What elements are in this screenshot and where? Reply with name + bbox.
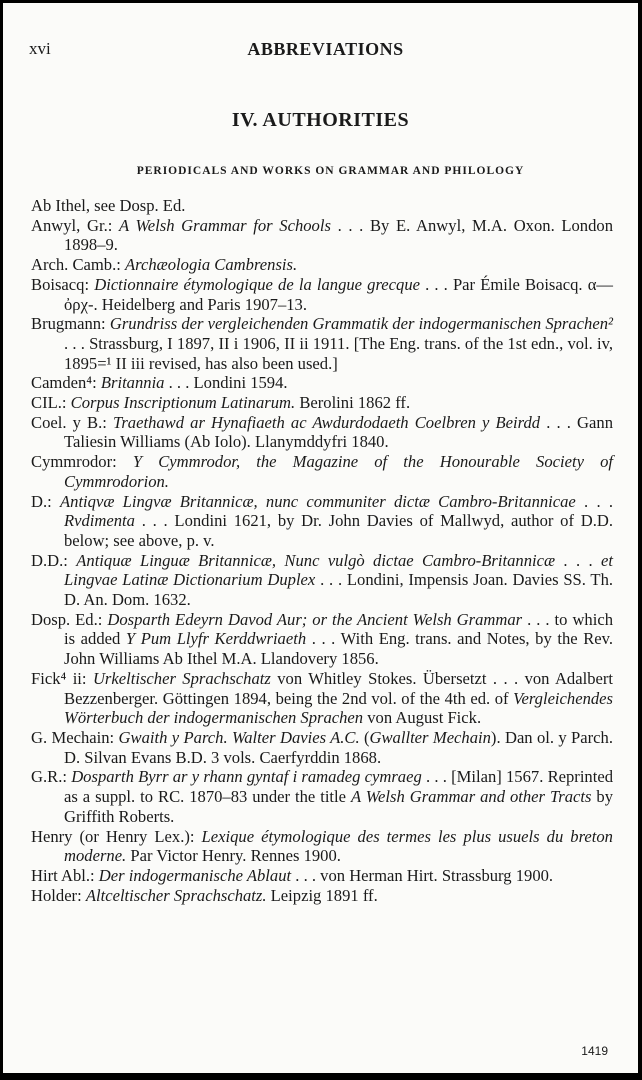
- entry-abbreviation: Dosp. Ed.:: [31, 610, 102, 629]
- entry-title-italic: A Welsh Grammar for Schools: [119, 216, 331, 235]
- entry-title-italic: Altceltischer Sprachschatz.: [86, 886, 267, 905]
- entry-text: . . . Londini 1594.: [164, 373, 287, 392]
- entry-text: . . . Strassburg, I 1897, II i 1906, II …: [64, 334, 613, 373]
- book-page: xvi ABBREVIATIONS IV. AUTHORITIES PERIOD…: [3, 3, 638, 1073]
- entry-title-italic: Der indogermanische Ablaut: [99, 866, 291, 885]
- entry-title-italic: Urkeltischer Sprachschatz: [93, 669, 271, 688]
- entry-title-italic: Dictionnaire étymologique de la langue g…: [94, 275, 420, 294]
- section-subtitle: PERIODICALS AND WORKS ON GRAMMAR AND PHI…: [3, 165, 638, 177]
- entry-title-italic: Grundriss der vergleichenden Grammatik d…: [110, 314, 613, 333]
- entry-abbreviation: G.R.:: [31, 767, 67, 786]
- entry-text: Berolini 1862 ff.: [295, 393, 410, 412]
- entry-abbreviation: Hirt Abl.:: [31, 866, 95, 885]
- authority-entry: Ab Ithel, see Dosp. Ed.: [31, 196, 613, 216]
- authority-entry: Camden⁴: Britannia . . . Londini 1594.: [31, 373, 613, 393]
- authority-entry: Arch. Camb.: Archæologia Cambrensis.: [31, 255, 613, 275]
- entry-abbreviation: Brugmann:: [31, 314, 106, 333]
- entry-text: Par Victor Henry. Rennes 1900.: [126, 846, 341, 865]
- authority-entry: G. Mechain: Gwaith y Parch. Walter Davie…: [31, 728, 613, 767]
- entry-abbreviation: G. Mechain:: [31, 728, 114, 747]
- entry-text: [112, 216, 119, 235]
- entry-title-italic: Traethawd ar Hynafiaeth ac Awdurdodaeth …: [113, 413, 540, 432]
- authority-entry: Coel. y B.: Traethawd ar Hynafiaeth ac A…: [31, 413, 613, 452]
- entry-abbreviation: Boisacq:: [31, 275, 89, 294]
- entry-abbreviation: Ab Ithel, see Dosp. Ed.: [31, 196, 185, 215]
- entry-abbreviation: Arch. Camb.:: [31, 255, 121, 274]
- entry-abbreviation: Holder:: [31, 886, 82, 905]
- entry-text: [194, 827, 201, 846]
- entry-abbreviation: Camden⁴:: [31, 373, 97, 392]
- entry-title-italic: Archæologia Cambrensis.: [125, 255, 297, 274]
- entry-title-italic: Britannia: [101, 373, 165, 392]
- authority-entry: Henry (or Henry Lex.): Lexique étymologi…: [31, 827, 613, 866]
- entry-text: [68, 551, 76, 570]
- entry-title-italic: Gwaith y Parch. Walter Davies A.C.: [119, 728, 360, 747]
- authority-entry: Dosp. Ed.: Dosparth Edeyrn Davod Aur; or…: [31, 610, 613, 669]
- running-title: ABBREVIATIONS: [29, 39, 612, 60]
- entry-abbreviation: D.:: [31, 492, 52, 511]
- authority-entry: D.D.: Antiquæ Linguæ Britannicæ, Nunc vu…: [31, 551, 613, 610]
- entry-title-italic: Antiqvæ Lingvæ Britannicæ, nunc communit…: [60, 492, 576, 511]
- entry-abbreviation: Henry (or Henry Lex.):: [31, 827, 194, 846]
- authority-entry: Hirt Abl.: Der indogermanische Ablaut . …: [31, 866, 613, 886]
- authority-entry: G.R.: Dosparth Byrr ar y rhann gyntaf i …: [31, 767, 613, 826]
- entry-text: . . . Londini 1621, by Dr. John Davies o…: [64, 511, 613, 550]
- authority-entry: Fick⁴ ii: Urkeltischer Sprachschatz von …: [31, 669, 613, 728]
- entry-text: . . .: [576, 492, 613, 511]
- entry-text: . . . von Herman Hirt. Strassburg 1900.: [291, 866, 553, 885]
- entry-text: [117, 452, 133, 471]
- entry-text: [52, 492, 60, 511]
- authority-entry: Boisacq: Dictionnaire étymologique de la…: [31, 275, 613, 314]
- entry-title-italic: Rvdimenta: [64, 511, 135, 530]
- entry-text: Leipzig 1891 ff.: [267, 886, 378, 905]
- entry-abbreviation: Anwyl, Gr.:: [31, 216, 112, 235]
- entry-abbreviation: Coel. y B.:: [31, 413, 107, 432]
- entry-title-italic: Dosparth Byrr ar y rhann gyntaf i ramade…: [71, 767, 422, 786]
- entry-title-italic: Y Pum Llyfr Kerddwriaeth: [126, 629, 306, 648]
- entry-abbreviation: Cymmrodor:: [31, 452, 117, 471]
- entry-abbreviation: CIL.:: [31, 393, 67, 412]
- entry-title-italic: Gwallter Mechain: [370, 728, 491, 747]
- page-number: 1419: [581, 1044, 608, 1058]
- entry-abbreviation: Fick⁴ ii:: [31, 669, 87, 688]
- authority-entry: CIL.: Corpus Inscriptionum Latinarum. Be…: [31, 393, 613, 413]
- entry-text: (: [360, 728, 370, 747]
- section-title: IV. AUTHORITIES: [3, 109, 638, 132]
- entry-text: . . .: [555, 551, 601, 570]
- authority-entry: Holder: Altceltischer Sprachschatz. Leip…: [31, 886, 613, 906]
- running-head: xvi ABBREVIATIONS: [29, 39, 612, 63]
- entry-text: von August Fick.: [363, 708, 481, 727]
- entry-title-italic: Dosparth Edeyrn Davod Aur; or the Ancien…: [107, 610, 522, 629]
- entry-title-italic: Antiquæ Linguæ Britannicæ, Nunc vulgò di…: [76, 551, 555, 570]
- authorities-list: Ab Ithel, see Dosp. Ed.Anwyl, Gr.: A Wel…: [31, 196, 613, 905]
- authority-entry: Brugmann: Grundriss der vergleichenden G…: [31, 314, 613, 373]
- entry-abbreviation: D.D.:: [31, 551, 68, 570]
- authority-entry: D.: Antiqvæ Lingvæ Britannicæ, nunc comm…: [31, 492, 613, 551]
- entry-title-italic: Y Cymmrodor, the Magazine of the Honoura…: [64, 452, 613, 491]
- entry-title-italic: Corpus Inscriptionum Latinarum.: [71, 393, 296, 412]
- entry-title-italic: A Welsh Grammar and other Tracts: [351, 787, 591, 806]
- authority-entry: Cymmrodor: Y Cymmrodor, the Magazine of …: [31, 452, 613, 491]
- authority-entry: Anwyl, Gr.: A Welsh Grammar for Schools …: [31, 216, 613, 255]
